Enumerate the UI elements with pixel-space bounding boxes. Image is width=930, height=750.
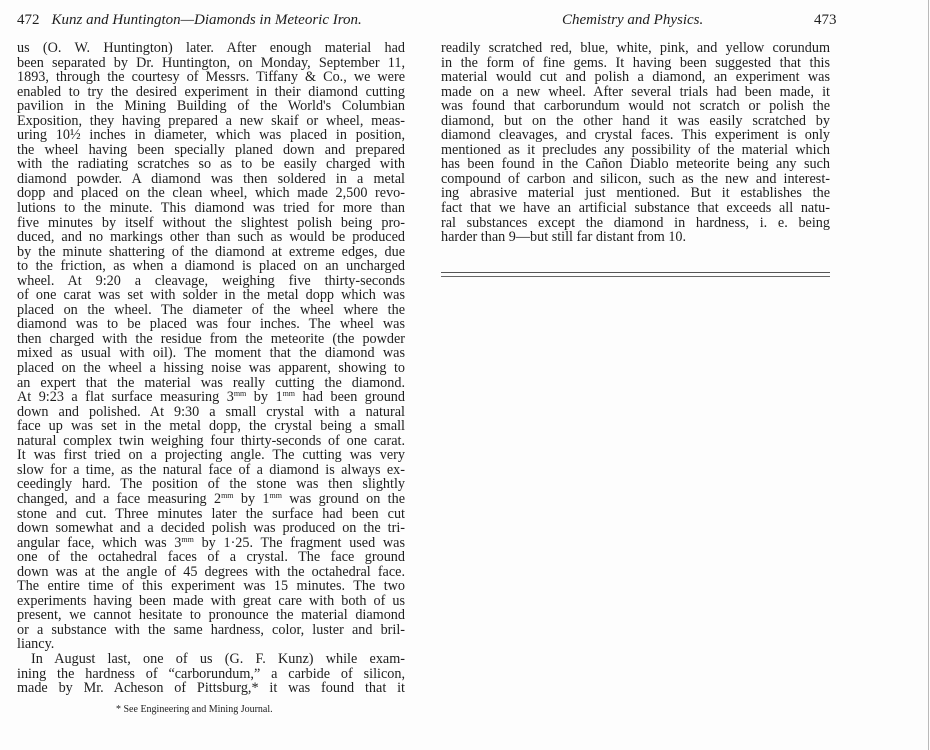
text-line: uring 10½ inches in diameter, which was … — [17, 128, 405, 143]
footnote: * See Engineering and Mining Journal. — [116, 704, 273, 716]
text-line: mixed as usual with oil). The moment tha… — [17, 346, 405, 361]
text-line: one of the octahedral faces of a crystal… — [17, 550, 405, 565]
text-line: of one carat was set with solder in the … — [17, 288, 405, 303]
text-line: pavilion in the Mining Building of the W… — [17, 99, 405, 114]
text-line: or a substance with the same hardness, c… — [17, 623, 405, 638]
text-line: us (O. W. Huntington) later. After enoug… — [17, 41, 405, 56]
text-line: been separated by Dr. Huntington, on Mon… — [17, 56, 405, 71]
text-line: diamond was to be placed was four inches… — [17, 317, 405, 332]
text-line: duced, and no markings other than such a… — [17, 230, 405, 245]
text-line: placed on the wheel. The diameter of the… — [17, 303, 405, 318]
text-line: ceedingly hard. The position of the ston… — [17, 477, 405, 492]
right-running-title: Chemistry and Physics. — [562, 11, 703, 29]
text-line: present, we cannot hesitate to pronounce… — [17, 608, 405, 623]
text-line: ral substances except the diamond in har… — [441, 216, 830, 231]
text-line: The entire time of this experiment was 1… — [17, 579, 405, 594]
text-line: angular face, which was 3mm by 1·25. The… — [17, 536, 405, 551]
text-line: face up was set in the metal dopp, the c… — [17, 419, 405, 434]
page-edge — [928, 0, 929, 750]
text-line: stone and cut. Three minutes later the s… — [17, 507, 405, 522]
text-line: was found that carborundum would not scr… — [441, 99, 830, 114]
text-line: 1893, through the courtesy of Messrs. Ti… — [17, 70, 405, 85]
section-end-rule — [441, 272, 830, 273]
text-line: experiments having been made with great … — [17, 594, 405, 609]
text-line: diamond, but on the other hand it was ea… — [441, 114, 830, 129]
text-line: diamond cleavages, and crystal faces. Th… — [441, 128, 830, 143]
text-line: ing abrasive material just mentioned. Bu… — [441, 186, 830, 201]
left-running-title: Kunz and Huntington—Diamonds in Meteoric… — [52, 12, 362, 28]
text-line: down and polished. At 9:30 a small cryst… — [17, 405, 405, 420]
text-line: In August last, one of us (G. F. Kunz) w… — [17, 652, 405, 667]
text-line: compound of carbon and silicon, such as … — [441, 172, 830, 187]
text-line: an expert that the material was really c… — [17, 376, 405, 391]
text-line: made by Mr. Acheson of Pittsburg,* it wa… — [17, 681, 405, 696]
right-text-column: readily scratched red, blue, white, pink… — [441, 41, 830, 245]
text-line: made on a new wheel. After several trial… — [441, 85, 830, 100]
text-line: has been found in the Cañon Diablo meteo… — [441, 157, 830, 172]
right-page-number: 473 — [814, 11, 837, 29]
text-line: with the radiating scratches so as to be… — [17, 157, 405, 172]
text-line: lutions to the minute. This diamond was … — [17, 201, 405, 216]
text-line: At 9:23 a flat surface measuring 3mm by … — [17, 390, 405, 405]
text-line: harder than 9—but still far distant from… — [441, 230, 830, 245]
left-running-head: 472Kunz and Huntington—Diamonds in Meteo… — [17, 11, 407, 29]
text-line: mentioned as it precludes any possibilit… — [441, 143, 830, 158]
left-page-number: 472 — [17, 12, 40, 28]
text-line: ining the hardness of “carborundum,” a c… — [17, 667, 405, 682]
text-line: placed on the wheel a hissing noise was … — [17, 361, 405, 376]
text-line: then charged with the residue from the m… — [17, 332, 405, 347]
text-line: material would cut and polish a diamond,… — [441, 70, 830, 85]
text-line: enabled to try the desired experiment in… — [17, 85, 405, 100]
text-line: down somewhat and a decided polish was p… — [17, 521, 405, 536]
text-line: diamond powder. A diamond was then solde… — [17, 172, 405, 187]
text-line: down was at the angle of 45 degrees with… — [17, 565, 405, 580]
text-line: It was first tried on a projecting angle… — [17, 448, 405, 463]
text-line: five minutes by itself without the sligh… — [17, 216, 405, 231]
text-line: by the minute shattering of the diamond … — [17, 245, 405, 260]
text-line: readily scratched red, blue, white, pink… — [441, 41, 830, 56]
text-line: dopp and placed on the clean wheel, whic… — [17, 186, 405, 201]
text-line: the wheel having been specially planed d… — [17, 143, 405, 158]
text-line: to the friction, as when a diamond is pl… — [17, 259, 405, 274]
text-line: in the form of fine gems. It having been… — [441, 56, 830, 71]
text-line: natural complex twin weighing four thirt… — [17, 434, 405, 449]
text-line: slow for a time, as the natural face of … — [17, 463, 405, 478]
text-line: Exposition, they having prepared a new s… — [17, 114, 405, 129]
text-line: liancy. — [17, 637, 405, 652]
text-line: fact that we have an artificial substanc… — [441, 201, 830, 216]
left-text-column: us (O. W. Huntington) later. After enoug… — [17, 41, 405, 696]
text-line: changed, and a face measuring 2mm by 1mm… — [17, 492, 405, 507]
section-end-rule — [441, 276, 830, 277]
text-line: wheel. At 9:20 a cleavage, weighing five… — [17, 274, 405, 289]
